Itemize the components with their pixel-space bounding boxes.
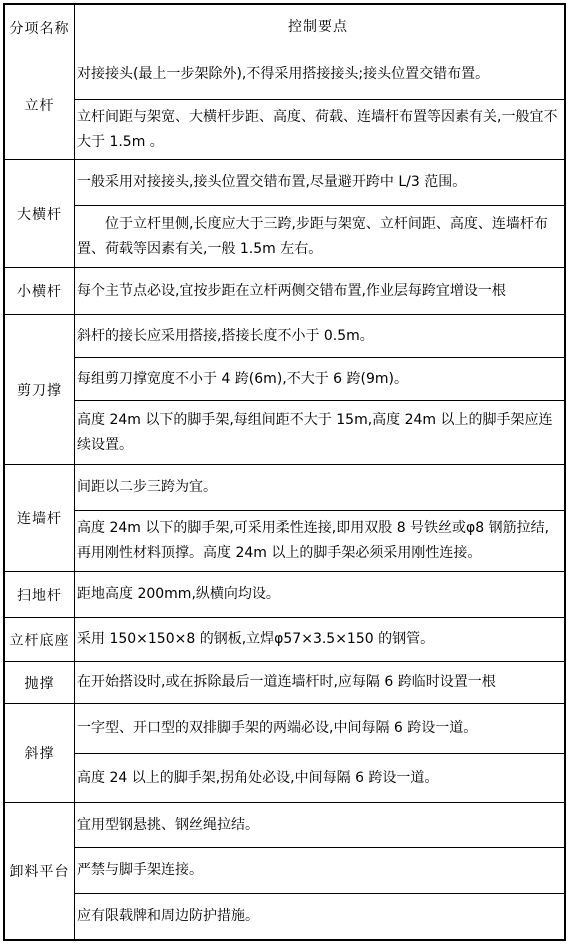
item-name-cell: 连墙杆: [5, 465, 75, 571]
table-row: 抛撑在开始搭设时,或在拆除最后一道连墙杆时,应每隔 6 跨临时设置一根: [5, 661, 564, 703]
control-point-cell: 对接接头(最上一步架除外),不得采用搭接接头;接头位置交错布置。: [75, 50, 564, 99]
points-column: 一般采用对接接头,接头位置交错布置,尽量避开跨中 L/3 范围。 位于立杆里侧,…: [75, 160, 564, 267]
control-point-cell: 严禁与脚手架连接。: [75, 847, 564, 893]
control-point-cell: 高度 24m 以下的脚手架,每组间距不大于 15m,高度 24m 以上的脚手架应…: [75, 400, 564, 464]
control-point-cell: 采用 150×150×8 的钢板,立焊φ57×3.5×150 的钢管。: [75, 618, 564, 661]
table-row: 立杆对接接头(最上一步架除外),不得采用搭接接头;接头位置交错布置。立杆间距与架…: [5, 50, 564, 159]
item-name-cell: 斜撑: [5, 704, 75, 802]
points-column: 每个主节点必设,宜按步距在立杆两侧交错布置,作业层每跨宜增设一根: [75, 268, 564, 314]
points-column: 间距以二步三跨为宜。高度 24m 以下的脚手架,可采用柔性连接,即用双股 8 号…: [75, 465, 564, 571]
control-point-cell: 立杆间距与架宽、大横杆步距、高度、荷载、连墙杆布置等因素有关,一般宜不大于 1.…: [75, 99, 564, 159]
item-name-cell: 立杆底座: [5, 618, 75, 661]
item-name-cell: 大横杆: [5, 160, 75, 267]
table-row: 剪刀撑斜杆的接长应采用搭接,搭接长度不小于 0.5m。每组剪刀撑宽度不小于 4 …: [5, 314, 564, 464]
points-column: 在开始搭设时,或在拆除最后一道连墙杆时,应每隔 6 跨临时设置一根: [75, 662, 564, 703]
control-point-cell: 高度 24 以上的脚手架,拐角处必设,中间每隔 6 跨设一道。: [75, 753, 564, 802]
control-point-cell: 距地高度 200mm,纵横向均设。: [75, 572, 564, 617]
item-name-cell: 卸料平台: [5, 803, 75, 939]
table-row: 斜撑一字型、开口型的双排脚手架的两端必设,中间每隔 6 跨设一道。高度 24 以…: [5, 703, 564, 802]
control-point-cell: 一字型、开口型的双排脚手架的两端必设,中间每隔 6 跨设一道。: [75, 704, 564, 753]
control-point-cell: 斜杆的接长应采用搭接,搭接长度不小于 0.5m。: [75, 315, 564, 357]
control-point-cell: 在开始搭设时,或在拆除最后一道连墙杆时,应每隔 6 跨临时设置一根: [75, 662, 564, 703]
control-point-cell: 每组剪刀撑宽度不小于 4 跨(6m),不大于 6 跨(9m)。: [75, 357, 564, 400]
points-column: 距地高度 200mm,纵横向均设。: [75, 572, 564, 617]
table-row: 立杆底座采用 150×150×8 的钢板,立焊φ57×3.5×150 的钢管。: [5, 617, 564, 661]
control-point-cell: 间距以二步三跨为宜。: [75, 465, 564, 510]
item-name-cell: 剪刀撑: [5, 315, 75, 464]
table-row: 卸料平台宜用型钢悬挑、钢丝绳拉结。严禁与脚手架连接。应有限载牌和周边防护措施。: [5, 802, 564, 939]
header-item-name: 分项名称: [5, 5, 75, 50]
control-point-cell: 位于立杆里侧,长度应大于三跨,步距与架宽、立杆间距、高度、连墙杆布置、荷载等因素…: [75, 205, 564, 267]
document-page: { "colors": { "background": "#ffffff", "…: [0, 0, 570, 944]
control-point-cell: 应有限载牌和周边防护措施。: [75, 893, 564, 939]
control-points-table: 分项名称 控制要点 立杆对接接头(最上一步架除外),不得采用搭接接头;接头位置交…: [3, 3, 566, 941]
table-header-row: 分项名称 控制要点: [5, 5, 564, 50]
points-column: 采用 150×150×8 的钢板,立焊φ57×3.5×150 的钢管。: [75, 618, 564, 661]
control-point-cell: 一般采用对接接头,接头位置交错布置,尽量避开跨中 L/3 范围。: [75, 160, 564, 205]
table-row: 大横杆一般采用对接接头,接头位置交错布置,尽量避开跨中 L/3 范围。 位于立杆…: [5, 159, 564, 267]
item-name-cell: 扫地杆: [5, 572, 75, 617]
points-column: 斜杆的接长应采用搭接,搭接长度不小于 0.5m。每组剪刀撑宽度不小于 4 跨(6…: [75, 315, 564, 464]
header-control-points: 控制要点: [75, 5, 564, 50]
points-column: 宜用型钢悬挑、钢丝绳拉结。严禁与脚手架连接。应有限载牌和周边防护措施。: [75, 803, 564, 939]
table-row: 小横杆每个主节点必设,宜按步距在立杆两侧交错布置,作业层每跨宜增设一根: [5, 267, 564, 314]
points-column: 一字型、开口型的双排脚手架的两端必设,中间每隔 6 跨设一道。高度 24 以上的…: [75, 704, 564, 802]
item-name-cell: 小横杆: [5, 268, 75, 314]
control-point-cell: 宜用型钢悬挑、钢丝绳拉结。: [75, 803, 564, 847]
header-points-column: 控制要点: [75, 5, 564, 50]
control-point-cell: 每个主节点必设,宜按步距在立杆两侧交错布置,作业层每跨宜增设一根: [75, 268, 564, 314]
control-point-cell: 高度 24m 以下的脚手架,可采用柔性连接,即用双股 8 号铁丝或φ8 钢筋拉结…: [75, 510, 564, 571]
table-row: 连墙杆间距以二步三跨为宜。高度 24m 以下的脚手架,可采用柔性连接,即用双股 …: [5, 464, 564, 571]
points-column: 对接接头(最上一步架除外),不得采用搭接接头;接头位置交错布置。立杆间距与架宽、…: [75, 50, 564, 159]
item-name-cell: 立杆: [5, 50, 75, 159]
table-row: 扫地杆距地高度 200mm,纵横向均设。: [5, 571, 564, 617]
item-name-cell: 抛撑: [5, 662, 75, 703]
